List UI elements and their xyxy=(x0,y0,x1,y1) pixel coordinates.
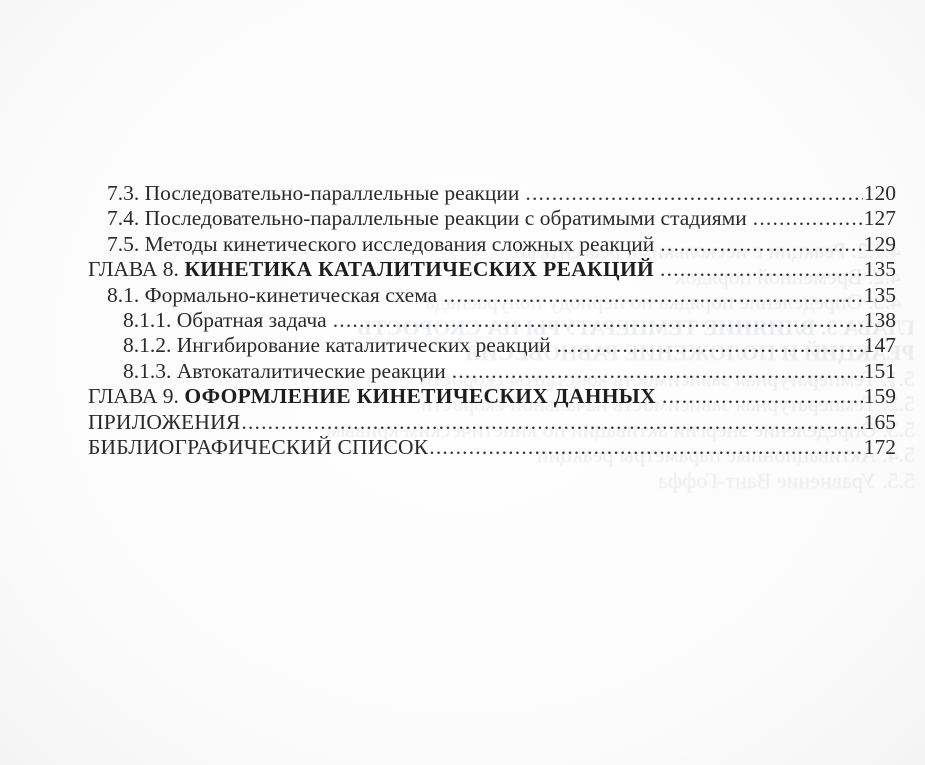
toc-entry-7-5: 7.5. Методы кинетического исследования с… xyxy=(88,232,896,257)
entry-title: БИБЛИОГРАФИЧЕСКИЙ СПИСОК xyxy=(88,435,428,460)
entry-page: 129 xyxy=(864,232,896,257)
entry-number: 8.1. xyxy=(107,283,139,308)
entry-page: 151 xyxy=(864,359,896,384)
entry-number: 7.5. xyxy=(107,232,139,257)
entry-number: 8.1.1. xyxy=(123,308,171,333)
entry-title: Обратная задача xyxy=(177,308,327,333)
chapter-title: КИНЕТИКА КАТАЛИТИЧЕСКИХ РЕАКЦИЙ xyxy=(184,257,654,282)
dot-leader xyxy=(452,359,863,384)
toc-entry-chapter-8: ГЛАВА 8. КИНЕТИКА КАТАЛИТИЧЕСКИХ РЕАКЦИЙ… xyxy=(88,257,896,282)
dot-leader xyxy=(241,410,862,435)
toc-entry-8-1-1: 8.1.1. Обратная задача138 xyxy=(88,308,896,333)
dot-leader xyxy=(660,232,862,257)
dot-leader xyxy=(753,206,863,231)
entry-number: 8.1.2. xyxy=(123,333,171,358)
dot-leader xyxy=(660,257,863,282)
chapter-prefix: ГЛАВА 8. xyxy=(88,257,179,282)
entry-page: 138 xyxy=(864,308,896,333)
entry-title: Последовательно-параллельные реакции с о… xyxy=(145,206,747,231)
entry-title: Формально-кинетическая схема xyxy=(145,283,438,308)
toc-entry-chapter-9: ГЛАВА 9. ОФОРМЛЕНИЕ КИНЕТИЧЕСКИХ ДАННЫХ1… xyxy=(88,384,896,409)
scanned-page: 4.1.2. Реакции с несколькими реагентами … xyxy=(0,0,925,765)
dot-leader xyxy=(557,333,863,358)
bleed-line: 5.5. Уравнение Вант-Гоффа xyxy=(95,468,915,494)
toc-entry-7-4: 7.4. Последовательно-параллельные реакци… xyxy=(88,206,896,231)
entry-title: Автокаталитические реакции xyxy=(177,359,446,384)
dot-leader xyxy=(429,435,862,460)
entry-page: 135 xyxy=(864,283,896,308)
entry-title: Последовательно-параллельные реакции xyxy=(145,181,520,206)
dot-leader xyxy=(333,308,863,333)
entry-title: Методы кинетического исследования сложны… xyxy=(145,232,655,257)
entry-page: 147 xyxy=(864,333,896,358)
dot-leader xyxy=(662,384,863,409)
toc-entry-bibliography: БИБЛИОГРАФИЧЕСКИЙ СПИСОК172 xyxy=(88,435,896,460)
entry-title: Ингибирование каталитических реакций xyxy=(177,333,551,358)
entry-number: 8.1.3. xyxy=(123,359,171,384)
dot-leader xyxy=(525,181,862,206)
entry-title: ПРИЛОЖЕНИЯ xyxy=(88,410,240,435)
toc-entry-8-1-2: 8.1.2. Ингибирование каталитических реак… xyxy=(88,333,896,358)
entry-page: 159 xyxy=(864,384,896,409)
table-of-contents: 7.3. Последовательно-параллельные реакци… xyxy=(88,181,896,460)
toc-entry-7-3: 7.3. Последовательно-параллельные реакци… xyxy=(88,181,896,206)
entry-page: 135 xyxy=(864,257,896,282)
entry-page: 172 xyxy=(864,435,896,460)
entry-page: 127 xyxy=(864,206,896,231)
chapter-prefix: ГЛАВА 9. xyxy=(88,384,179,409)
dot-leader xyxy=(443,283,863,308)
chapter-title: ОФОРМЛЕНИЕ КИНЕТИЧЕСКИХ ДАННЫХ xyxy=(184,384,656,409)
toc-entry-8-1-3: 8.1.3. Автокаталитические реакции151 xyxy=(88,359,896,384)
entry-page: 165 xyxy=(864,410,896,435)
entry-number: 7.3. xyxy=(107,181,139,206)
entry-page: 120 xyxy=(864,181,896,206)
toc-entry-8-1: 8.1. Формально-кинетическая схема135 xyxy=(88,283,896,308)
entry-number: 7.4. xyxy=(107,206,139,231)
toc-entry-appendices: ПРИЛОЖЕНИЯ165 xyxy=(88,410,896,435)
